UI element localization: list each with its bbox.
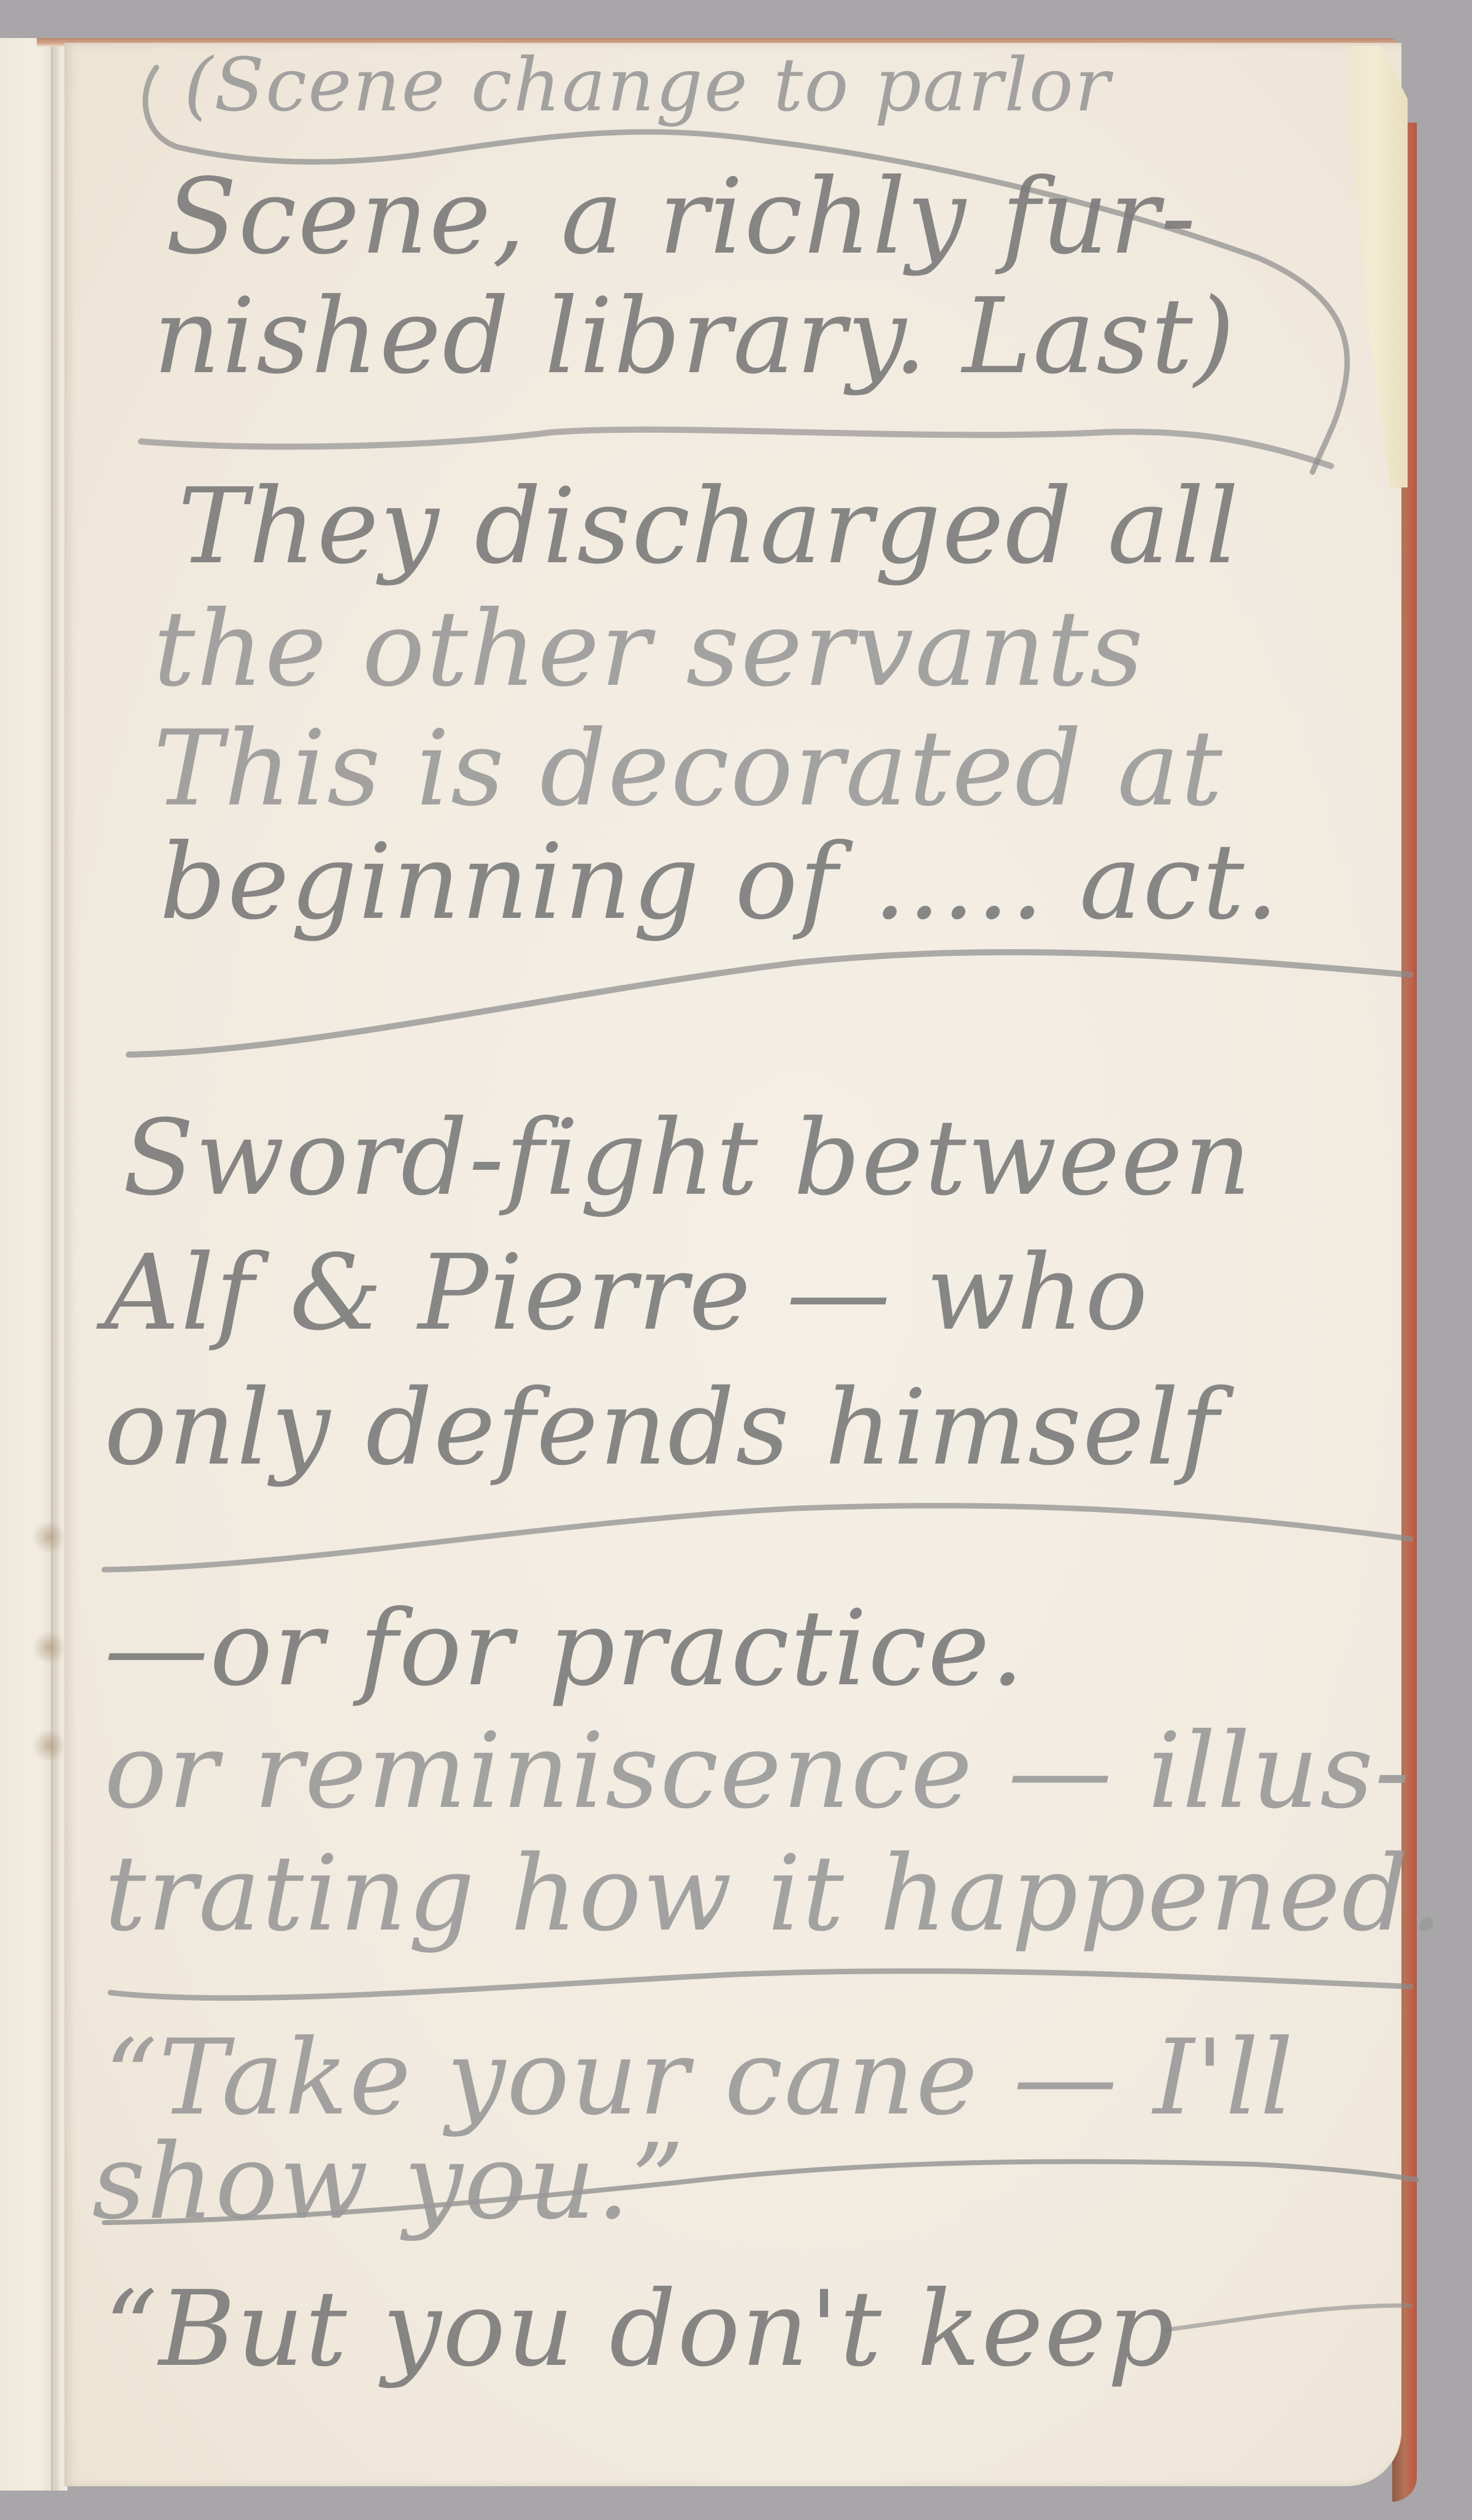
handwritten-line: nished library. Last) [153,276,1236,397]
divider-line [129,952,1411,1055]
handwritten-line-quote: “Take your cane — I'll [104,2017,1295,2139]
divider-line [1165,2305,1411,2330]
handwritten-line: Sword-fight between [123,1098,1252,1219]
divider-line [104,1506,1411,1570]
handwritten-line-quote: show you.” [92,2121,685,2243]
handwritten-line: They discharged all [178,466,1240,587]
handwritten-line: This is decorated at [153,708,1224,830]
handwritten-line: only defends himself [104,1367,1220,1489]
handwritten-line: Scene, a richly fur- [166,156,1197,278]
divider-line [110,1971,1411,1998]
divider-line [141,430,1331,466]
handwritten-line: the other servants [153,589,1144,710]
handwritten-line-quote: “But you don't keep [104,2269,1175,2390]
handwritten-line: trating how it happened. [104,1833,1444,1955]
handwritten-line: Alf & Pierre — who [104,1232,1149,1354]
handwritten-line-scene-change: (Scene change to parlor [184,43,1111,128]
handwritten-line: or reminiscence — illus- [104,1711,1411,1832]
handwritten-line: —or for practice. [104,1588,1025,1709]
handwritten-line: beginning of ..... act. [159,822,1280,943]
